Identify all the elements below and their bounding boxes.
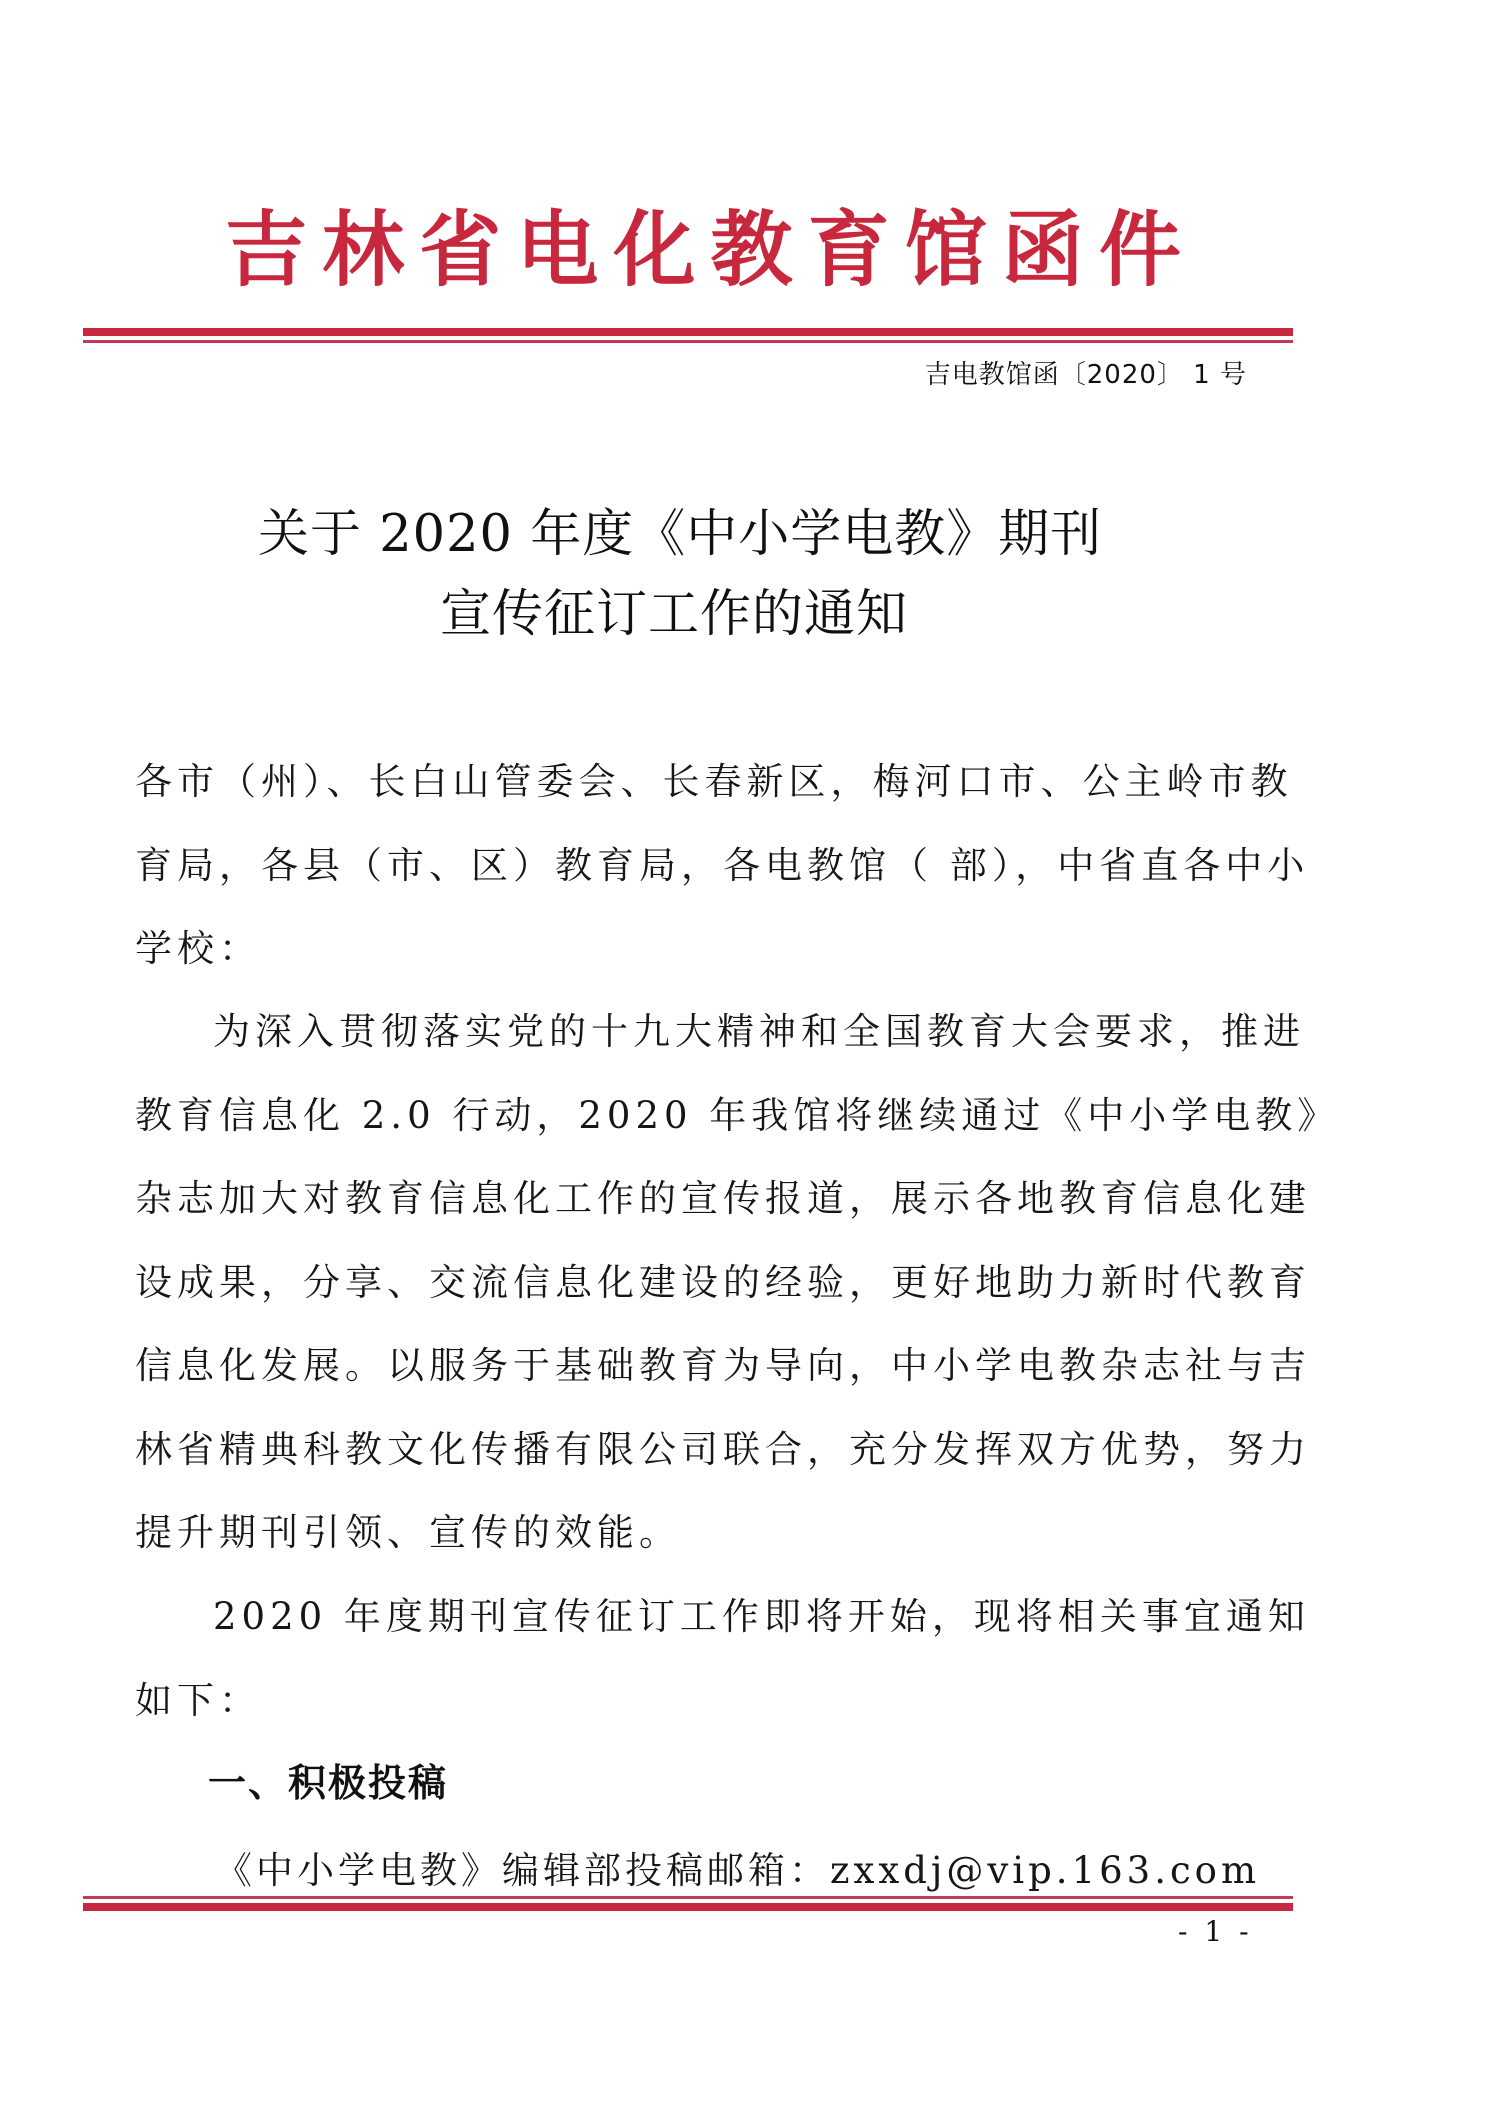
paragraph-line: 林省精典科教文化传播有限公司联合，充分发挥双方优势，努力: [135, 1408, 1245, 1492]
paragraph-1: 为深入贯彻落实党的十九大精神和全国教育大会要求，推进 教育信息化 2.0 行动，…: [135, 990, 1245, 1575]
salutation-line: 各市（州）、长白山管委会、长春新区，梅河口市、公主岭市教: [135, 740, 1245, 824]
section-heading-1: 一、积极投稿: [208, 1752, 448, 1807]
submission-email-line: 《中小学电教》编辑部投稿邮箱：zxxdj@vip.163.com: [215, 1840, 1260, 1894]
paragraph-line: 提升期刊引领、宣传的效能。: [135, 1491, 1245, 1575]
paragraph-line: 教育信息化 2.0 行动，2020 年我馆将继续通过《中小学电教》: [135, 1074, 1245, 1158]
paragraph-line: 杂志加大对教育信息化工作的宣传报道，展示各地教育信息化建: [135, 1157, 1245, 1241]
notice-title: 关于 2020 年度《中小学电教》期刊 宣传征订工作的通知: [0, 495, 1489, 665]
paragraph-line: 如下：: [135, 1659, 1245, 1743]
rule-thick: [83, 328, 1293, 336]
salutation: 各市（州）、长白山管委会、长春新区，梅河口市、公主岭市教 育局，各县（市、区）教…: [135, 740, 1245, 991]
header-red-rule: [83, 328, 1293, 343]
paragraph-line: 信息化发展。以服务于基础教育为导向，中小学电教杂志社与吉: [135, 1324, 1245, 1408]
masthead-title: 吉林省电化教育馆函件: [225, 200, 1185, 300]
title-line-1: 关于 2020 年度《中小学电教》期刊: [258, 495, 1102, 575]
footer-red-rule: [83, 1896, 1293, 1911]
document-number: 吉电教馆函〔2020〕 1 号: [925, 354, 1247, 391]
paragraph-line: 设成果，分享、交流信息化建设的经验，更好地助力新时代教育: [135, 1241, 1245, 1325]
paragraph-2: 2020 年度期刊宣传征订工作即将开始，现将相关事宜通知 如下：: [135, 1575, 1245, 1742]
paragraph-line: 为深入贯彻落实党的十九大精神和全国教育大会要求，推进: [135, 990, 1245, 1074]
title-line-2: 宣传征订工作的通知: [440, 575, 908, 655]
salutation-line: 学校：: [135, 907, 1245, 991]
salutation-line: 育局，各县（市、区）教育局，各电教馆（ 部），中省直各中小: [135, 824, 1245, 908]
page-number: - 1 -: [1178, 1915, 1253, 1948]
rule-thin: [83, 340, 1293, 343]
rule-thick: [83, 1903, 1293, 1911]
paragraph-line: 2020 年度期刊宣传征订工作即将开始，现将相关事宜通知: [135, 1575, 1245, 1659]
